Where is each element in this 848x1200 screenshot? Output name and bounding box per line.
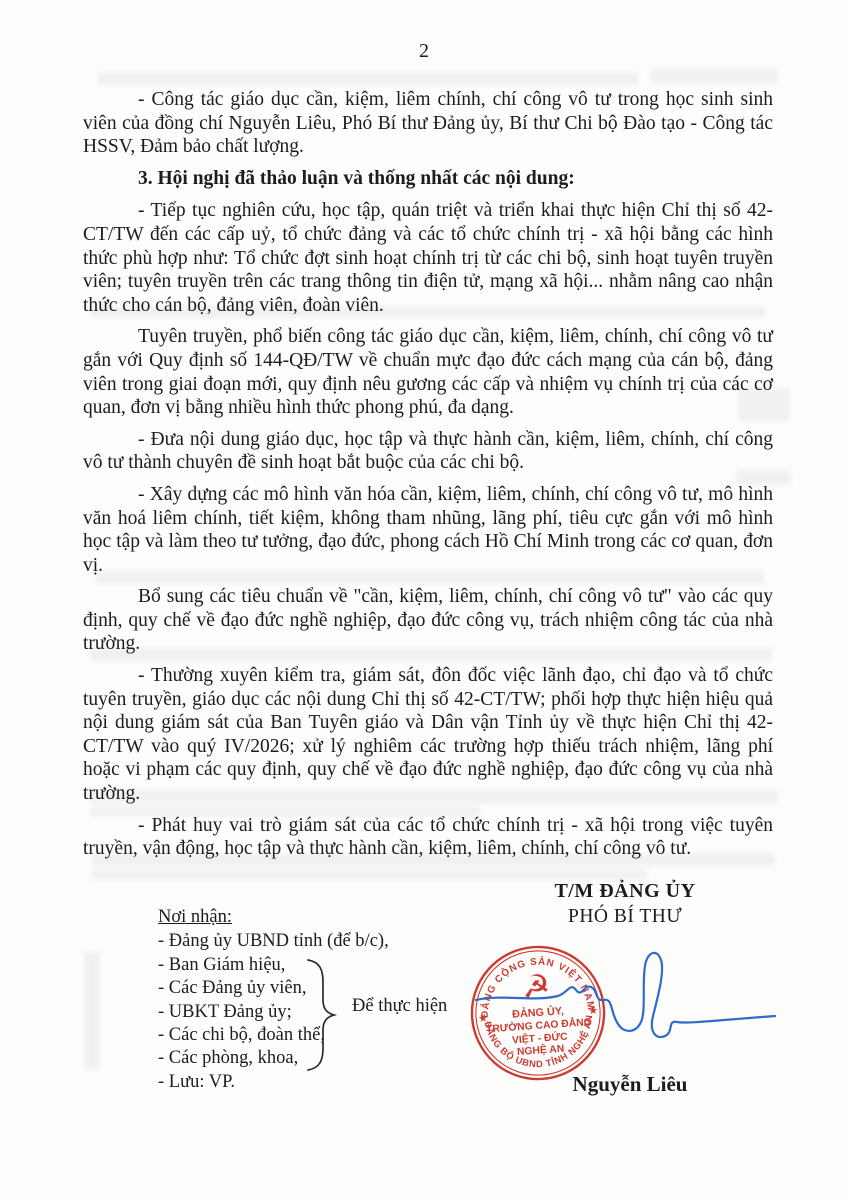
brace-graphic [305, 958, 341, 1072]
paragraph: - Tiếp tục nghiên cứu, học tập, quán tri… [83, 199, 773, 317]
signature-graphic [458, 938, 788, 1058]
scan-artifact [84, 952, 100, 1070]
section-heading: 3. Hội nghị đã thảo luận và thống nhất c… [83, 167, 773, 191]
scan-artifact [92, 869, 647, 880]
document-body: - Công tác giáo dục cần, kiệm, liêm chín… [83, 88, 773, 869]
handwritten-signature [458, 938, 788, 1058]
recipients-brace [305, 958, 341, 1072]
paragraph-intro: - Công tác giáo dục cần, kiệm, liêm chín… [83, 88, 773, 159]
paragraph: - Thường xuyên kiểm tra, giám sát, đôn đ… [83, 664, 773, 806]
recipient-item: - Lưu: VP. [158, 1071, 458, 1094]
scan-artifact [650, 69, 778, 83]
paragraph: Bổ sung các tiêu chuẩn về "cần, kiệm, li… [83, 585, 773, 656]
signer-name: Nguyễn Liêu [525, 1072, 735, 1097]
paragraph: - Đưa nội dung giáo dục, học tập và thực… [83, 428, 773, 475]
recipients-bracket-label: Để thực hiện [352, 996, 447, 1017]
signer-title: PHÓ BÍ THƯ [505, 906, 745, 928]
paragraph: - Phát huy vai trò giám sát của các tổ c… [83, 814, 773, 861]
document-page: 2 - Công tác giáo dục cần, kiệm, liêm ch… [0, 0, 848, 1200]
paragraph: - Xây dựng các mô hình văn hóa cần, kiệm… [83, 483, 773, 577]
paragraph: Tuyên truyền, phổ biến công tác giáo dục… [83, 325, 773, 419]
scan-artifact [98, 72, 638, 85]
signing-authority: T/M ĐẢNG ỦY [505, 880, 745, 903]
recipient-item: - Đảng ủy UBND tỉnh (để b/c), [158, 930, 458, 953]
recipients-label: Nơi nhận: [158, 906, 458, 929]
page-number: 2 [0, 40, 848, 63]
